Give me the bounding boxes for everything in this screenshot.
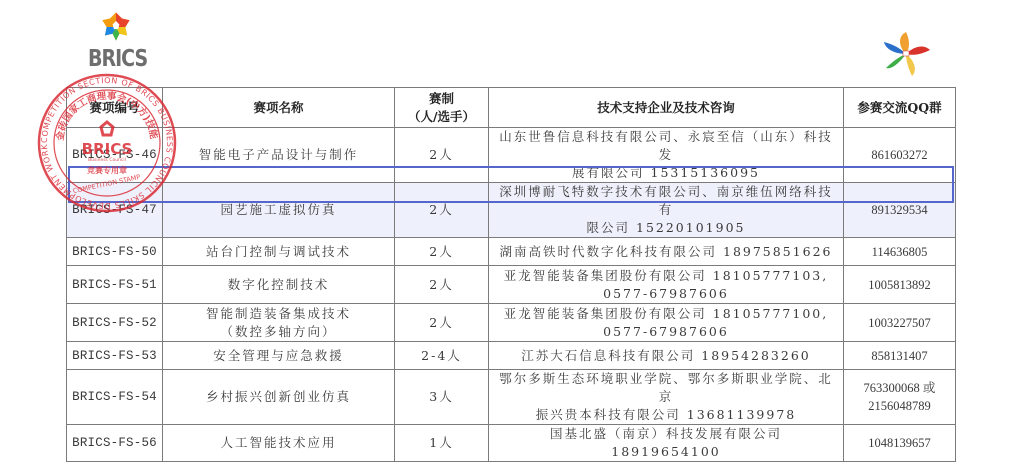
table-row-selected[interactable]: BRICS-FS-47 园艺施工虚拟仿真 2人 深圳博耐飞特数字技术有限公司、南… bbox=[67, 183, 956, 238]
cell-code: BRICS-FS-52 bbox=[67, 304, 163, 342]
table-row[interactable]: BRICS-FS-46 智能电子产品设计与制作 2人 山东世鲁信息科技有限公司、… bbox=[67, 128, 956, 183]
cell-qq: 858131407 bbox=[844, 342, 956, 370]
table-row[interactable]: BRICS-FS-53 安全管理与应急救援 2-4人 江苏大石信息科技有限公司 … bbox=[67, 342, 956, 370]
brics-pinwheel-logo-icon bbox=[876, 30, 936, 80]
cell-name: 园艺施工虚拟仿真 bbox=[163, 183, 395, 238]
header-format-line2: （人/选手） bbox=[399, 108, 484, 126]
cell-format: 2-4人 bbox=[395, 342, 489, 370]
cell-qq: 763300068 或2156048789 bbox=[844, 370, 956, 425]
table-row[interactable]: BRICS-FS-51 数字化控制技术 2人 亚龙智能装备集团股份有限公司 18… bbox=[67, 266, 956, 304]
cell-format: 2人 bbox=[395, 238, 489, 266]
header-qq: 参赛交流QQ群 bbox=[844, 88, 956, 128]
cell-format: 3人 bbox=[395, 370, 489, 425]
cell-code: BRICS-FS-54 bbox=[67, 370, 163, 425]
cell-tech: 国基北盛（南京）科技发展有限公司 18919654100 bbox=[489, 425, 844, 462]
cell-code: BRICS-FS-56 bbox=[67, 425, 163, 462]
qq-line: 2156048789 bbox=[848, 397, 951, 415]
cell-tech: 亚龙智能装备集团股份有限公司 18105777100,0577-67987606 bbox=[489, 304, 844, 342]
cell-qq: 114636805 bbox=[844, 238, 956, 266]
table-row[interactable]: BRICS-FS-50 站台门控制与调试技术 2人 湖南高铁时代数字化科技有限公… bbox=[67, 238, 956, 266]
table-row[interactable]: BRICS-FS-56 人工智能技术应用 1人 国基北盛（南京）科技发展有限公司… bbox=[67, 425, 956, 462]
cell-name: 人工智能技术应用 bbox=[163, 425, 395, 462]
table-row[interactable]: BRICS-FS-52 智能制造装备集成技术（数控多轴方向） 2人 亚龙智能装备… bbox=[67, 304, 956, 342]
cell-code: BRICS-FS-46 bbox=[67, 128, 163, 183]
brics-star-icon bbox=[99, 10, 133, 44]
tech-line: 山东世鲁信息科技有限公司、永宸至信（山东）科技发 bbox=[493, 128, 839, 164]
competition-table: 赛项编号 赛项名称 赛制 （人/选手） 技术支持企业及技术咨询 参赛交流QQ群 … bbox=[66, 87, 956, 462]
tech-line: 鄂尔多斯生态环境职业学院、鄂尔多斯职业学院、北京 bbox=[493, 370, 839, 406]
tech-line: 振兴贵本科技有限公司 13681139978 bbox=[493, 406, 839, 424]
cell-qq: 891329534 bbox=[844, 183, 956, 238]
header-format: 赛制 （人/选手） bbox=[395, 88, 489, 128]
header-tech: 技术支持企业及技术咨询 bbox=[489, 88, 844, 128]
cell-format: 2人 bbox=[395, 128, 489, 183]
cell-code: BRICS-FS-47 bbox=[67, 183, 163, 238]
tech-line: 亚龙智能装备集团股份有限公司 18105777100, bbox=[493, 305, 839, 323]
cell-name: 智能制造装备集成技术（数控多轴方向） bbox=[163, 304, 395, 342]
cell-format: 2人 bbox=[395, 266, 489, 304]
cell-format: 2人 bbox=[395, 304, 489, 342]
cell-tech: 江苏大石信息科技有限公司 18954283260 bbox=[489, 342, 844, 370]
cell-name: 安全管理与应急救援 bbox=[163, 342, 395, 370]
cell-qq: 1003227507 bbox=[844, 304, 956, 342]
cell-name: 站台门控制与调试技术 bbox=[163, 238, 395, 266]
tech-line: 0577-67987606 bbox=[493, 323, 839, 341]
cell-qq: 1005813892 bbox=[844, 266, 956, 304]
table-row[interactable]: BRICS-FS-54 乡村振兴创新创业仿真 3人 鄂尔多斯生态环境职业学院、鄂… bbox=[67, 370, 956, 425]
header-name: 赛项名称 bbox=[163, 88, 395, 128]
tech-line: 展有限公司 15315136095 bbox=[493, 164, 839, 182]
cell-format: 1人 bbox=[395, 425, 489, 462]
tech-line: 亚龙智能装备集团股份有限公司 18105777103, bbox=[493, 267, 839, 285]
brics-wordmark: BRICS bbox=[88, 48, 144, 70]
name-line: 智能制造装备集成技术 bbox=[167, 305, 390, 323]
cell-qq: 1048139657 bbox=[844, 425, 956, 462]
table-header-row: 赛项编号 赛项名称 赛制 （人/选手） 技术支持企业及技术咨询 参赛交流QQ群 bbox=[67, 88, 956, 128]
cell-code: BRICS-FS-53 bbox=[67, 342, 163, 370]
cell-tech: 深圳博耐飞特数字技术有限公司、南京维伍网络科技有限公司 15220101905 bbox=[489, 183, 844, 238]
cell-name: 乡村振兴创新创业仿真 bbox=[163, 370, 395, 425]
cell-code: BRICS-FS-51 bbox=[67, 266, 163, 304]
cell-name: 数字化控制技术 bbox=[163, 266, 395, 304]
cell-tech: 湖南高铁时代数字化科技有限公司 18975851626 bbox=[489, 238, 844, 266]
tech-line: 0577-67987606 bbox=[493, 285, 839, 303]
cell-qq: 861603272 bbox=[844, 128, 956, 183]
header-format-line1: 赛制 bbox=[399, 90, 484, 108]
cell-format: 2人 bbox=[395, 183, 489, 238]
cell-tech: 山东世鲁信息科技有限公司、永宸至信（山东）科技发展有限公司 1531513609… bbox=[489, 128, 844, 183]
header-code: 赛项编号 bbox=[67, 88, 163, 128]
cell-code: BRICS-FS-50 bbox=[67, 238, 163, 266]
qq-line: 763300068 或 bbox=[848, 379, 951, 397]
name-line: （数控多轴方向） bbox=[167, 323, 390, 341]
tech-line: 限公司 15220101905 bbox=[493, 219, 839, 237]
cell-tech: 亚龙智能装备集团股份有限公司 18105777103,0577-67987606 bbox=[489, 266, 844, 304]
tech-line: 深圳博耐飞特数字技术有限公司、南京维伍网络科技有 bbox=[493, 183, 839, 219]
cell-tech: 鄂尔多斯生态环境职业学院、鄂尔多斯职业学院、北京振兴贵本科技有限公司 13681… bbox=[489, 370, 844, 425]
brics-logo-left: BRICS bbox=[88, 10, 144, 68]
cell-name: 智能电子产品设计与制作 bbox=[163, 128, 395, 183]
